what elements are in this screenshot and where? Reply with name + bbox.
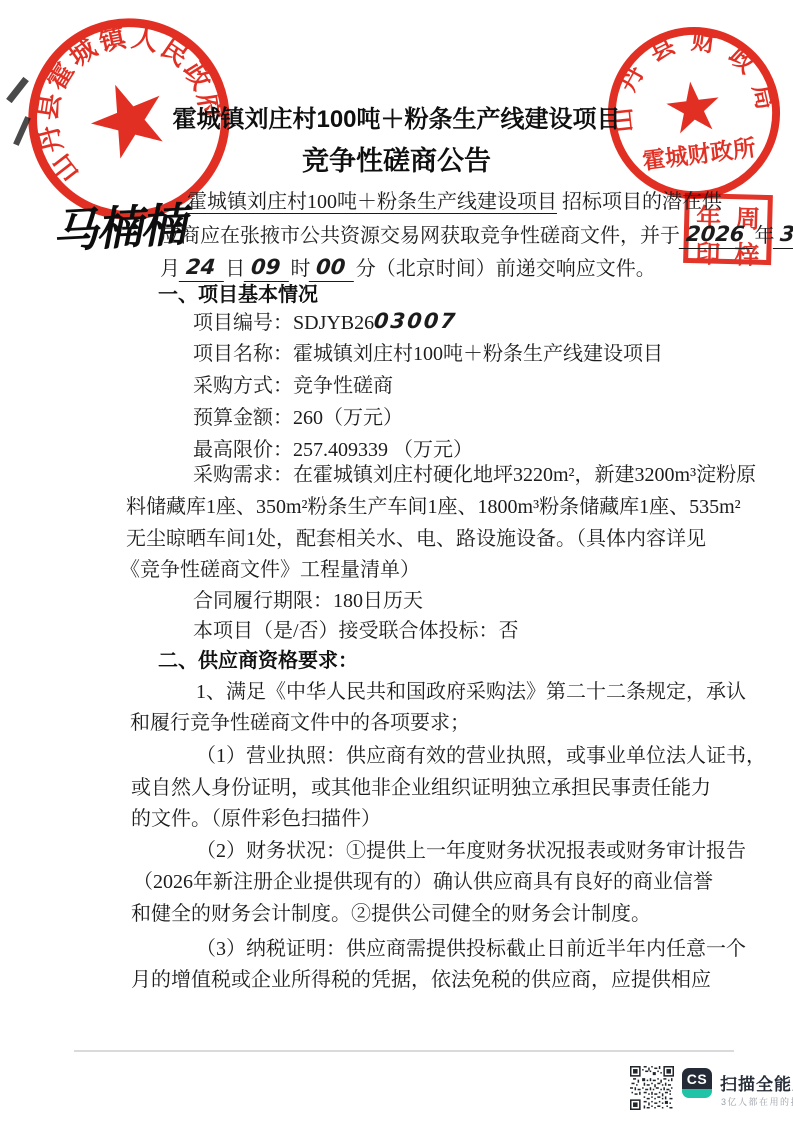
requirement-license-line3: 的文件。（原件彩色扫描件） — [131, 806, 381, 832]
requirement-tax-line2: 月的增值税或企业所得税的凭据，依法免税的供应商，应提供相应 — [131, 967, 711, 993]
section2-heading: 二、供应商资格要求： — [158, 648, 358, 674]
field-joint-bidding: 本项目（是/否）接受联合体投标：否 — [193, 618, 519, 644]
field-budget: 预算金额：260（万元） — [193, 405, 403, 431]
field-project-number: 项目编号：SDJYB2603007 — [193, 309, 457, 336]
scanned-document-page: 山丹县霍城镇人民政府 山丹县财政局 霍城财政所 年 周 印 梓 马楠楠 霍城镇刘… — [0, 0, 793, 1122]
qr-code — [630, 1066, 674, 1110]
handwritten-year: 2026 — [679, 221, 756, 249]
requirement-license-line1: （1）营业执照：供应商有效的营业执照，或事业单位法人证书， — [196, 743, 766, 769]
scan-line-artifact — [74, 1050, 734, 1052]
field-demand-line4: 《竞争性磋商文件》工程量清单） — [120, 557, 420, 583]
camscanner-logo-text: CS — [687, 1071, 707, 1087]
field-demand-line1: 采购需求：在霍城镇刘庄村硬化地坪3220m²，新建3200m³淀粉原 — [193, 462, 756, 488]
document-title-line2: 竞争性磋商公告 — [0, 139, 793, 178]
handwritten-month: 3 — [773, 221, 793, 249]
camscanner-brand-name: 扫描全能王 — [720, 1070, 793, 1095]
camscanner-tagline: 3亿人都在用的扫描App — [721, 1095, 793, 1108]
handwritten-day: 24 — [179, 254, 227, 282]
intro-line-1: 霍城镇刘庄村100吨＋粉条生产线建设项目 招标项目的潜在供 — [187, 189, 722, 215]
requirement-finance-line2: （2026年新注册企业提供现有的）确认供应商具有良好的商业信誉 — [133, 869, 713, 895]
requirement-tax-line1: （3）纳税证明：供应商需提供投标截止日前近半年内任意一个 — [196, 936, 746, 962]
field-contract-duration: 合同履行期限：180日历天 — [193, 588, 423, 614]
intro-line-1-rest: 招标项目的潜在供 — [557, 191, 722, 213]
requirement-finance-line3: 和健全的财务会计制度。②提供公司健全的财务会计制度。 — [131, 901, 651, 927]
intro-line-2: 应商应在张掖市公共资源交易网获取竞争性磋商文件，并于2026年3 — [160, 222, 793, 250]
field-project-name: 项目名称：霍城镇刘庄村100吨＋粉条生产线建设项目 — [193, 341, 663, 367]
intro-line-3-tail: 分（北京时间）前递交响应文件。 — [356, 258, 656, 280]
handwritten-project-number: 03007 — [373, 308, 458, 334]
hour-char: 时 — [290, 258, 310, 280]
document-title-line1: 霍城镇刘庄村100吨＋粉条生产线建设项目 — [0, 99, 793, 134]
requirement1-line1: 1、满足《中华人民共和国政府采购法》第二十二条规定，承认 — [196, 679, 746, 705]
requirement1-line2: 和履行竞争性磋商文件中的各项要求； — [130, 710, 470, 736]
requirement-finance-line1: （2）财务状况：①提供上一年度财务状况报表或财务审计报告 — [196, 838, 746, 864]
month-char: 月 — [160, 258, 180, 280]
day-char: 日 — [225, 258, 245, 280]
section1-heading: 一、项目基本情况 — [158, 282, 318, 308]
requirement-license-line2: 或自然人身份证明，或其他非企业组织证明独立承担民事责任能力 — [131, 775, 711, 801]
camscanner-logo-icon: CS — [682, 1068, 712, 1098]
field-max-price: 最高限价：257.409339 （万元） — [193, 437, 473, 463]
year-char: 年 — [754, 225, 774, 247]
handwritten-hour: 09 — [244, 254, 292, 282]
field-procurement-method: 采购方式：竞争性磋商 — [193, 373, 393, 399]
field-demand-line2: 料储藏库1座、350m²粉条生产车间1座、1800m³粉条储藏库1座、535m² — [126, 494, 741, 520]
project-number-printed: 项目编号：SDJYB26 — [193, 312, 374, 334]
handwritten-minute: 00 — [309, 254, 357, 282]
intro-line-3: 月24日09时00分（北京时间）前递交响应文件。 — [160, 255, 656, 283]
underlined-project-name: 霍城镇刘庄村100吨＋粉条生产线建设项目 — [187, 191, 557, 214]
field-demand-line3: 无尘晾晒车间1处，配套相关水、电、路设施设备。（具体内容详见 — [126, 526, 706, 552]
intro-line-2-text: 应商应在张掖市公共资源交易网获取竞争性磋商文件，并于 — [160, 225, 680, 247]
camscanner-watermark: CS 扫描全能王 3亿人都在用的扫描App — [630, 1064, 790, 1114]
